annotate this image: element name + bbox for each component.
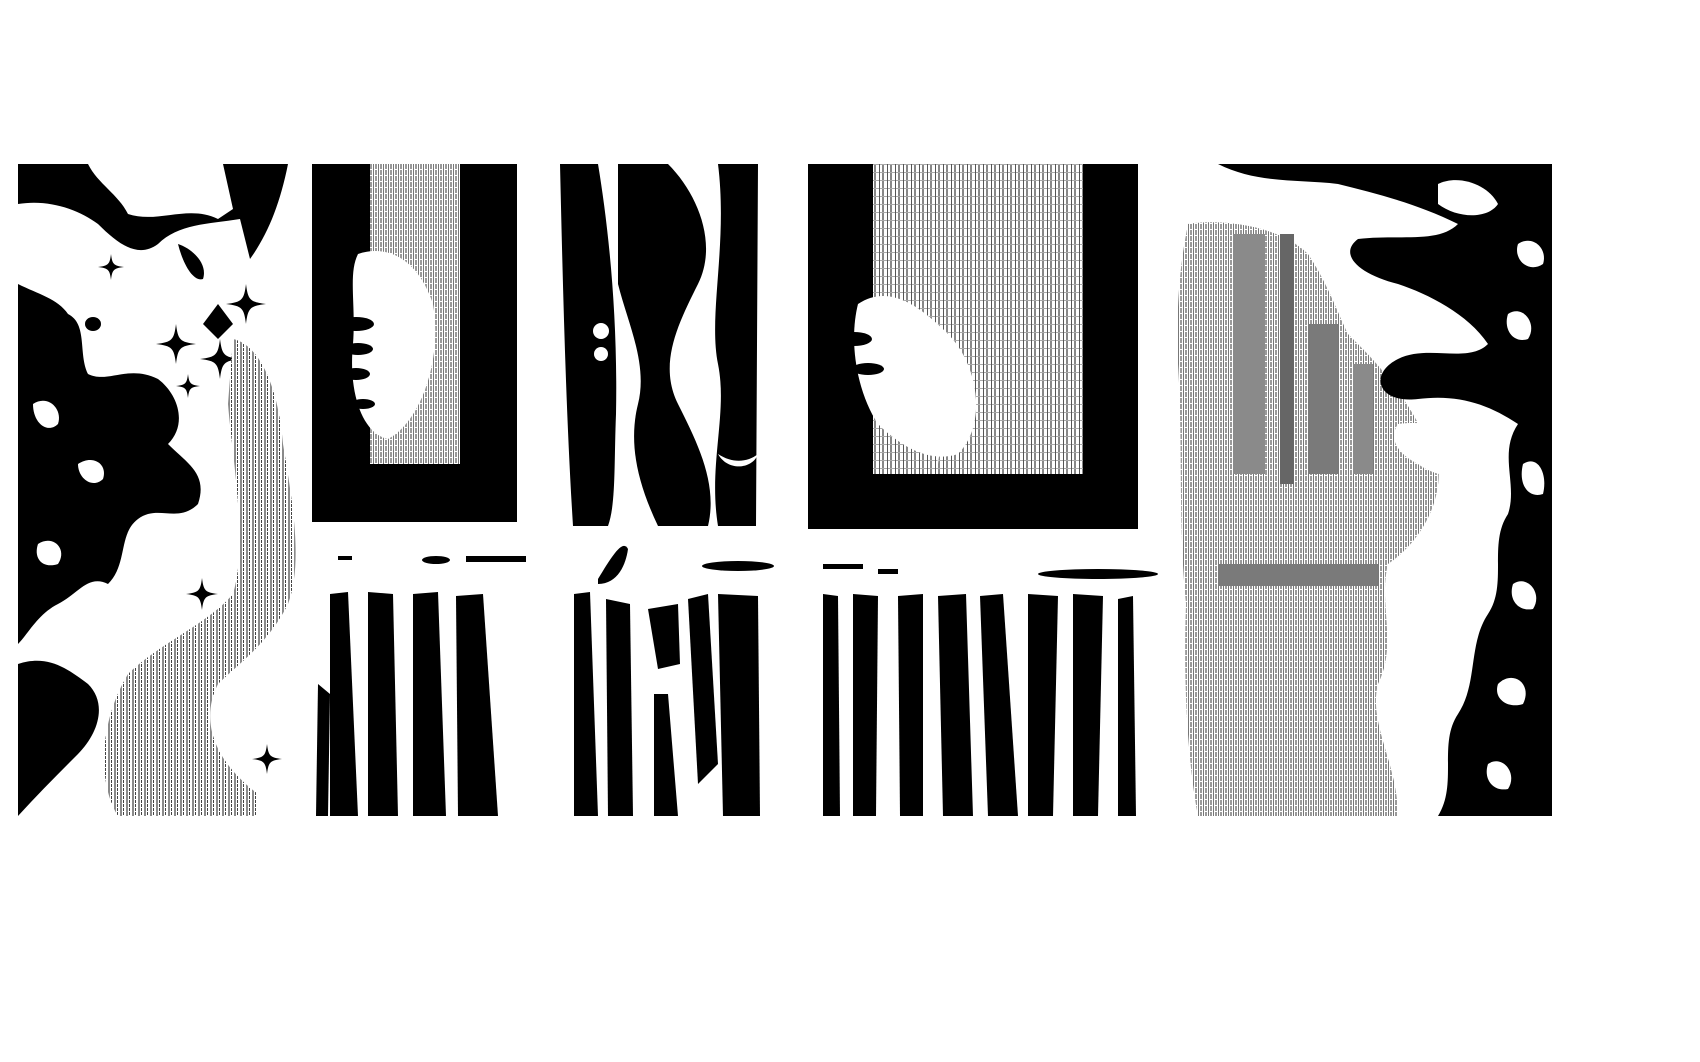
left-organic-panel (18, 164, 296, 816)
glitch-artwork (18, 164, 1552, 816)
artwork-canvas (18, 164, 1552, 816)
right-scanline-panel (1177, 164, 1552, 816)
center-bars-panel (312, 164, 1158, 816)
